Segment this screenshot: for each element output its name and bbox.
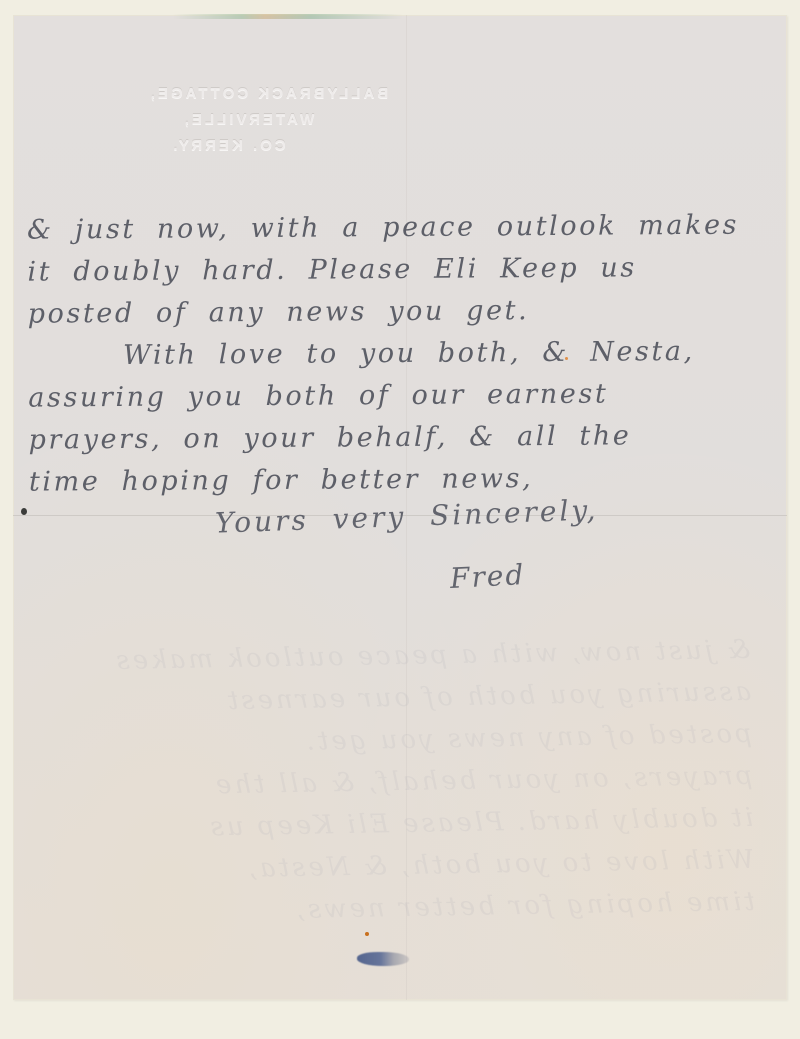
margin-ink-dot	[21, 508, 27, 515]
body-line-4: With love to you both, & Nesta,	[28, 330, 778, 377]
embossed-letterhead: BALLYBRACK COTTAGE, WATERVILLE, CO. KERR…	[113, 81, 423, 159]
letter-signature: Fred	[449, 558, 526, 595]
letterhead-line-2: WATERVILLE,	[113, 107, 423, 133]
rust-spot	[565, 357, 568, 360]
body-line-3: posted of any news you get.	[28, 288, 778, 335]
ink-smudge	[357, 952, 409, 966]
body-line-7: time hoping for better news,	[29, 456, 779, 503]
body-line-6: prayers, on your behalf, & all the	[28, 414, 778, 461]
letterhead-line-3: CO. KERRY.	[113, 133, 423, 159]
top-edge-stain	[173, 14, 403, 19]
letterhead-line-1: BALLYBRACK COTTAGE,	[113, 81, 423, 107]
bleed-through-writing: & just now, with a peace outlook makes a…	[50, 629, 756, 981]
letter-body: & just now, with a peace outlook makes i…	[27, 204, 779, 503]
body-line-2: it doubly hard. Please Eli Keep us	[27, 246, 777, 293]
body-line-5: assuring you both of our earnest	[28, 372, 778, 419]
body-line-1: & just now, with a peace outlook makes	[27, 204, 777, 251]
rust-spot	[365, 932, 369, 936]
